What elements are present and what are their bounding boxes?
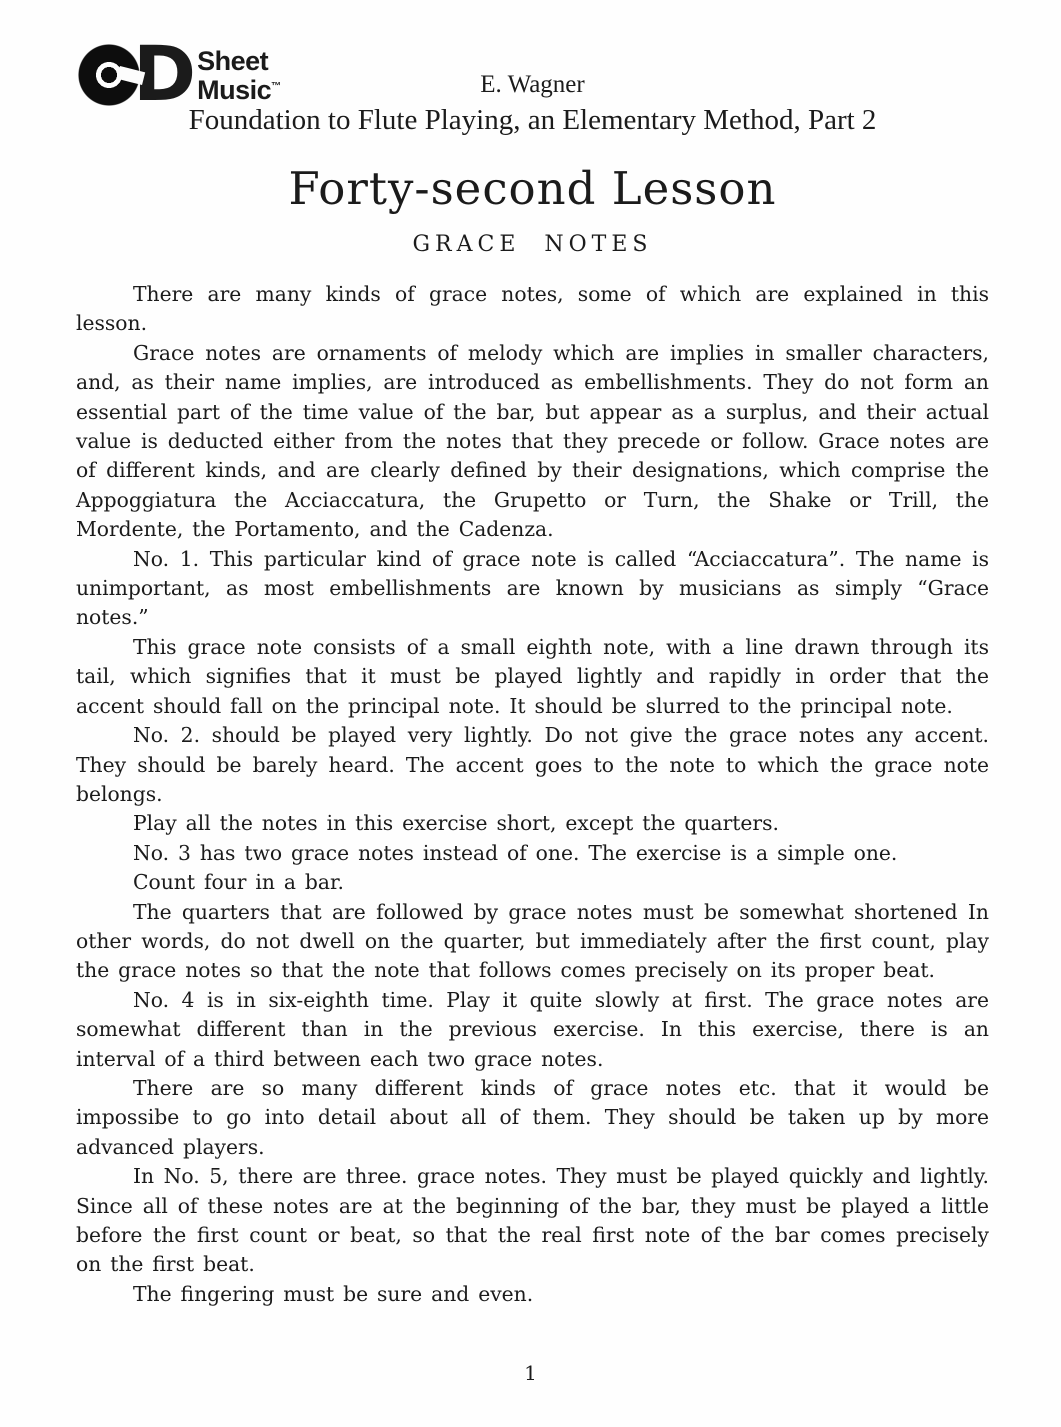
trademark-symbol: ™ <box>271 81 281 92</box>
paragraph: No. 4 is in six-eighth time. Play it qui… <box>76 986 989 1074</box>
logo-wordmark: Sheet Music™ <box>197 49 281 103</box>
scanned-sheet-music-page: D Sheet Music™ E. Wagner Foundation to F… <box>0 0 1061 1427</box>
lesson-body: There are many kinds of grace notes, som… <box>76 280 989 1309</box>
paragraph: No. 2. should be played very lightly. Do… <box>76 721 989 809</box>
paragraph: Count four in a bar. <box>76 868 989 897</box>
paragraph: This grace note consists of a small eigh… <box>76 633 989 721</box>
paragraph: The quarters that are followed by grace … <box>76 898 989 986</box>
paragraph: There are many kinds of grace notes, som… <box>76 280 989 339</box>
page-header: D Sheet Music™ E. Wagner Foundation to F… <box>76 44 989 137</box>
logo-wordmark-line2: Music™ <box>197 74 281 103</box>
cd-disc-icon <box>78 44 140 106</box>
book-title: Foundation to Flute Playing, an Elementa… <box>76 104 989 137</box>
paragraph: In No. 5, there are three. grace notes. … <box>76 1162 989 1280</box>
paragraph: Play all the notes in this exercise shor… <box>76 809 989 838</box>
logo-wordmark-line1: Sheet <box>197 49 281 74</box>
paragraph: No. 1. This particular kind of grace not… <box>76 545 989 633</box>
paragraph: Grace notes are ornaments of melody whic… <box>76 339 989 545</box>
lesson-title: Forty-second Lesson <box>76 162 989 215</box>
paragraph: There are so many different kinds of gra… <box>76 1074 989 1162</box>
paragraph: No. 3 has two grace notes instead of one… <box>76 839 989 868</box>
paragraph: The fingering must be sure and even. <box>76 1280 989 1309</box>
page-number: 1 <box>0 1361 1061 1385</box>
lesson-subtitle: GRACE NOTES <box>76 232 989 257</box>
cd-sheet-music-logo: D Sheet Music™ <box>78 44 281 106</box>
